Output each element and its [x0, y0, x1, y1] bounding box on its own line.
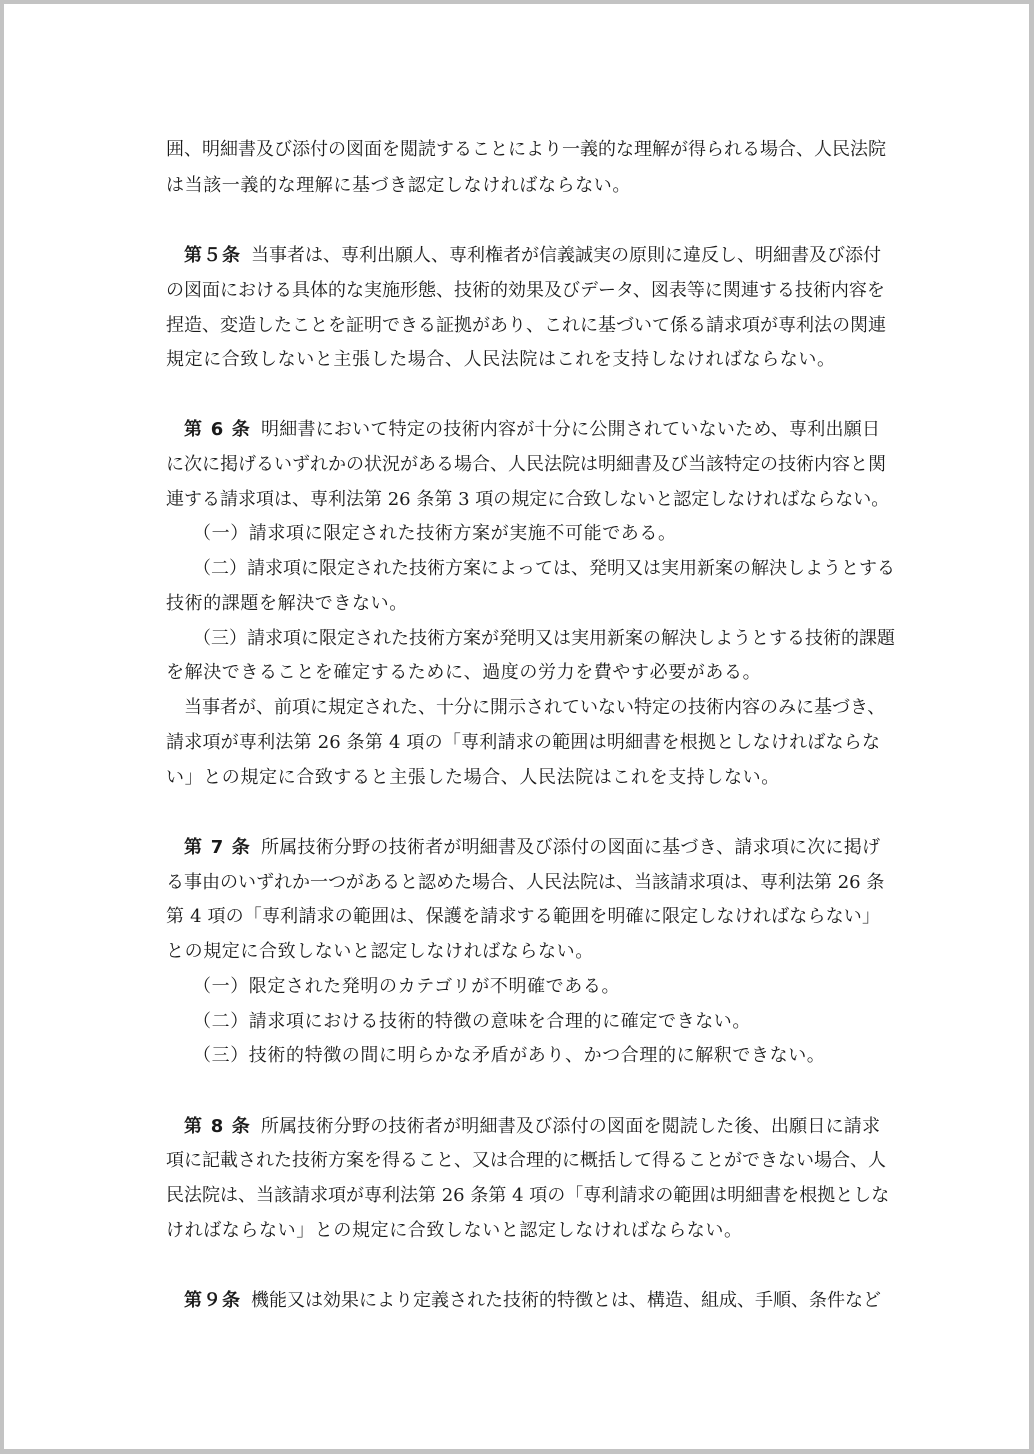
list-item: （二）請求項における技術的特徴の意味を合理的に確定できない。	[193, 1009, 751, 1035]
article-number: 第 8 条	[184, 1116, 251, 1137]
text-line: る事由のいずれか一つがあると認めた場合、人民法院は、当該請求項は、専利法第 26…	[166, 870, 880, 896]
article-7-first-line: 第 7 条所属技術分野の技術者が明細書及び添付の図面に基づき、請求項に次に掲げ	[184, 835, 880, 861]
article-5-first-line: 第５条当事者は、専利出願人、専利権者が信義誠実の原則に違反し、明細書及び添付	[184, 243, 880, 269]
text-line: い」との規定に合致すると主張した場合、人民法院はこれを支持しない。	[166, 765, 780, 791]
text-line: 項に記載された技術方案を得ること、又は合理的に概括して得ることができない場合、人	[166, 1148, 880, 1174]
article-number: 第 7 条	[184, 837, 251, 858]
article-number: 第５条	[184, 245, 241, 266]
list-item: （三）請求項に限定された技術方案が発明又は実用新案の解決しようとする技術的課題	[193, 626, 880, 652]
text-line: 民法院は、当該請求項が専利法第 26 条第 4 項の「専利請求の範囲は明細書を根…	[166, 1183, 880, 1209]
article-number: 第９条	[184, 1290, 241, 1311]
document-page: 囲、明細書及び添付の図面を閲読することにより一義的な理解が得られる場合、人民法院…	[0, 0, 1034, 1454]
text-line: を解決できることを確定するために、過度の労力を費やす必要がある。	[166, 660, 761, 686]
text-line: 捏造、変造したことを証明できる証拠があり、これに基づいて係る請求項が専利法の関連	[166, 313, 880, 339]
text-line: 技術的課題を解決できない。	[166, 591, 408, 617]
text-line: に次に掲げるいずれかの状況がある場合、人民法院は明細書及び当該特定の技術内容と関	[166, 452, 880, 478]
article-8-first-line: 第 8 条所属技術分野の技術者が明細書及び添付の図面を閲読した後、出願日に請求	[184, 1114, 880, 1140]
text-line: 囲、明細書及び添付の図面を閲読することにより一義的な理解が得られる場合、人民法院	[166, 137, 880, 163]
text-line: との規定に合致しないと認定しなければならない。	[166, 939, 594, 965]
text-line: 連する請求項は、専利法第 26 条第 3 項の規定に合致しないと認定しなければな…	[166, 487, 880, 513]
text-line: ければならない」との規定に合致しないと認定しなければならない。	[166, 1218, 743, 1244]
list-item: （三）技術的特徴の間に明らかな矛盾があり、かつ合理的に解釈できない。	[193, 1043, 825, 1069]
list-item: （一）請求項に限定された技術方案が実施不可能である。	[193, 521, 677, 547]
text-line: の図面における具体的な実施形態、技術的効果及びデータ、図表等に関連する技術内容を	[166, 278, 880, 304]
article-9-first-line: 第９条機能又は効果により定義された技術的特徴とは、構造、組成、手順、条件など	[184, 1288, 880, 1314]
article-number: 第 6 条	[184, 419, 251, 440]
text-line: 第 4 項の「専利請求の範囲は、保護を請求する範囲を明確に限定しなければならない…	[166, 904, 880, 930]
text-line: 規定に合致しないと主張した場合、人民法院はこれを支持しなければならない。	[166, 347, 836, 373]
list-item: （一）限定された発明のカテゴリが不明確である。	[193, 974, 620, 1000]
text-line: 請求項が専利法第 26 条第 4 項の「専利請求の範囲は明細書を根拠としなければ…	[166, 730, 880, 756]
text-line: は当該一義的な理解に基づき認定しなければならない。	[166, 173, 631, 199]
list-item: （二）請求項に限定された技術方案によっては、発明又は実用新案の解決しようとする	[193, 556, 880, 582]
text-line: 当事者が、前項に規定された、十分に開示されていない特定の技術内容のみに基づき、	[184, 695, 880, 721]
article-6-first-line: 第 6 条明細書において特定の技術内容が十分に公開されていないため、専利出願日	[184, 417, 880, 443]
